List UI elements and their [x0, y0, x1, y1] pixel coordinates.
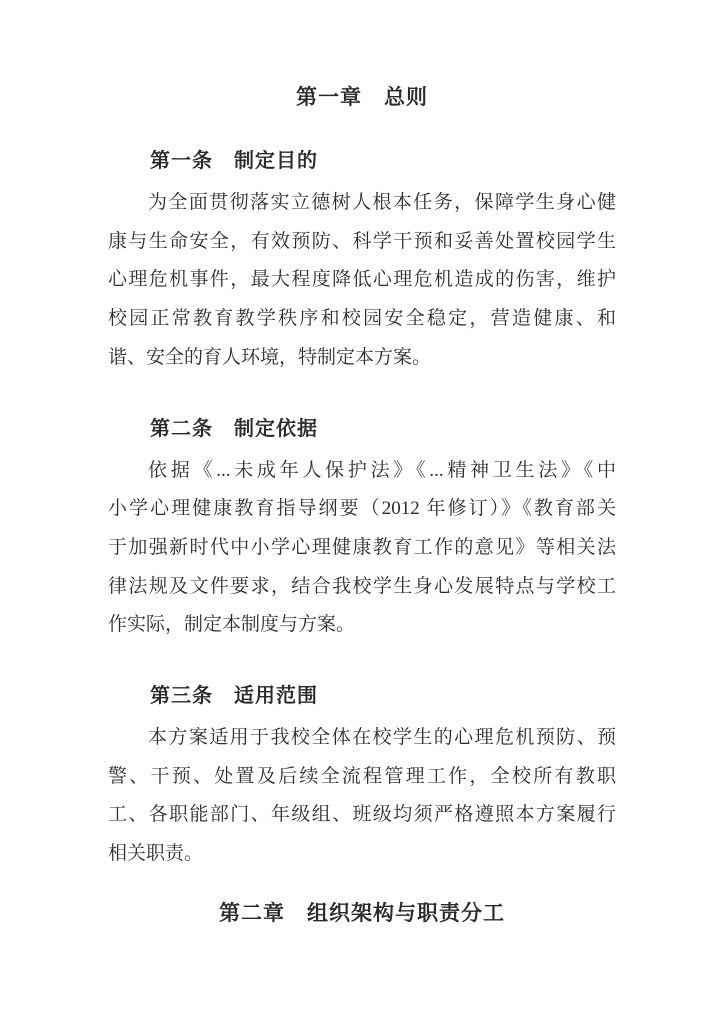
paragraph-line: 本方案适用于我校全体在校学生的心理危机预防、预: [108, 719, 616, 758]
paragraph-line: 依据《...未成年人保护法》《...精神卫生法》《中: [108, 452, 616, 491]
paragraph-line: 作实际，制定本制度与方案。: [108, 606, 616, 645]
section-article-3: 第三条 适用范围 本方案适用于我校全体在校学生的心理危机预防、预 警、干预、处置…: [108, 683, 616, 874]
section-article-2: 第二条 制定依据 依据《...未成年人保护法》《...精神卫生法》《中 小学心理…: [108, 416, 616, 646]
article-2-heading: 第二条 制定依据: [108, 416, 616, 442]
paragraph-line: 相关职责。: [108, 835, 616, 874]
paragraph-line: 工、各职能部门、年级组、班级均须严格遵照本方案履行: [108, 796, 616, 835]
chapter-2-title: 第二章 组织架构与职责分工: [108, 900, 616, 926]
paragraph-line: 于加强新时代中小学心理健康教育工作的意见》等相关法: [108, 529, 616, 568]
paragraph-line: 小学心理健康教育指导纲要（2012 年修订）》《教育部关: [108, 490, 616, 529]
paragraph-line: 心理危机事件，最大程度降低心理危机造成的伤害，维护: [108, 261, 616, 300]
paragraph-line: 警、干预、处置及后续全流程管理工作，全校所有教职: [108, 758, 616, 797]
document-page: 第一章 总则 第一条 制定目的 为全面贯彻落实立德树人根本任务，保障学生身心健 …: [0, 0, 724, 1024]
article-3-heading: 第三条 适用范围: [108, 683, 616, 709]
paragraph-line: 为全面贯彻落实立德树人根本任务，保障学生身心健: [108, 184, 616, 223]
paragraph-line: 校园正常教育教学秩序和校园安全稳定，营造健康、和: [108, 300, 616, 339]
article-2-paragraph: 依据《...未成年人保护法》《...精神卫生法》《中 小学心理健康教育指导纲要（…: [108, 452, 616, 646]
section-article-1: 第一条 制定目的 为全面贯彻落实立德树人根本任务，保障学生身心健 康与生命安全，…: [108, 148, 616, 378]
paragraph-line: 律法规及文件要求，结合我校学生身心发展特点与学校工: [108, 568, 616, 607]
article-1-paragraph: 为全面贯彻落实立德树人根本任务，保障学生身心健 康与生命安全，有效预防、科学干预…: [108, 184, 616, 378]
chapter-1-title: 第一章 总则: [108, 84, 616, 110]
article-3-paragraph: 本方案适用于我校全体在校学生的心理危机预防、预 警、干预、处置及后续全流程管理工…: [108, 719, 616, 874]
article-1-heading: 第一条 制定目的: [108, 148, 616, 174]
paragraph-line: 谐、安全的育人环境，特制定本方案。: [108, 339, 616, 378]
paragraph-line: 康与生命安全，有效预防、科学干预和妥善处置校园学生: [108, 223, 616, 262]
